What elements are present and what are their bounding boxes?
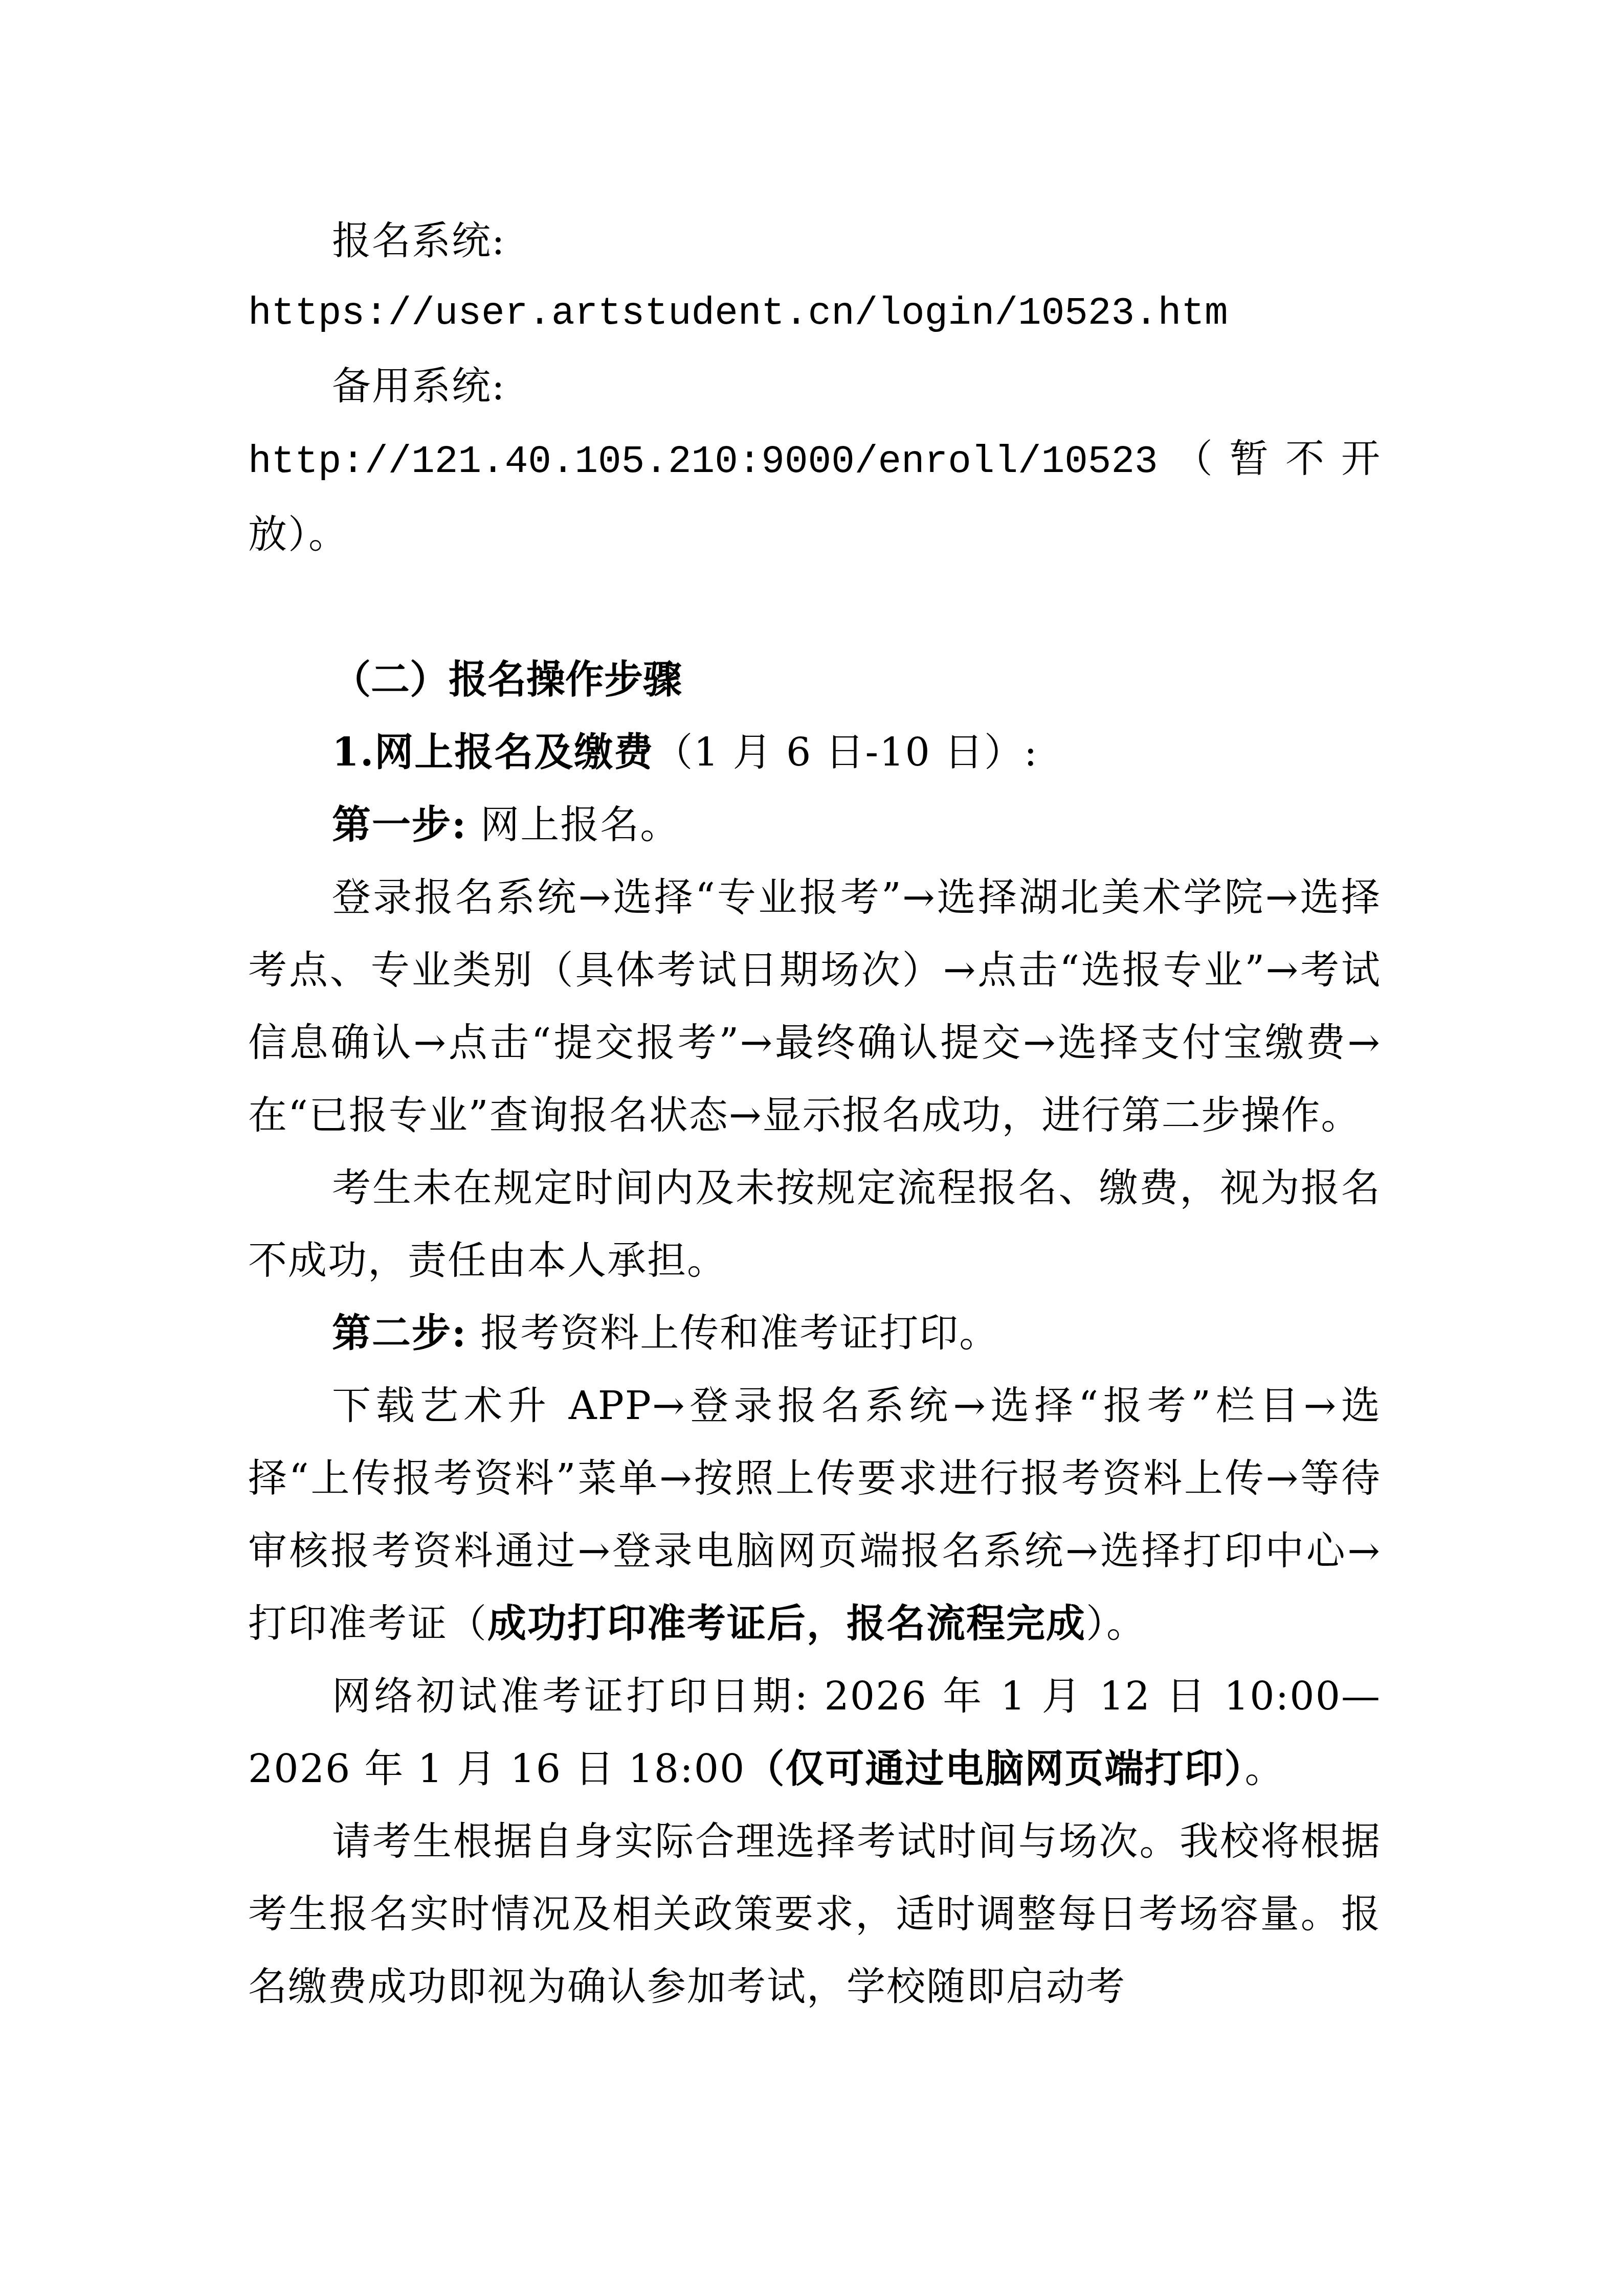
backup-system-line: http://121.40.105.210:9000/enroll/10523（… — [248, 422, 1381, 571]
step2-text: 报考资料上传和准考证打印。 — [480, 1310, 999, 1356]
subsection-heading: 1.网上报名及缴费（1 月 6 日-10 日）: — [248, 716, 1381, 789]
backup-system-url[interactable]: http://121.40.105.210:9000/enroll/10523 — [248, 440, 1158, 484]
spacer — [248, 571, 1381, 643]
document-page: 报名系统: https://user.artstudent.cn/login/1… — [248, 205, 1381, 2023]
step2-label: 第二步: — [332, 1310, 467, 1356]
step1-label: 第一步: — [332, 802, 467, 847]
section-title: （二）报名操作步骤 — [248, 643, 1381, 716]
print-dates: 网络初试准考证打印日期: 2026 年 1 月 12 日 10:00—2026 … — [248, 1660, 1381, 1805]
notice-paragraph: 请考生根据自身实际合理选择考试时间与场次。我校将根据考生报名实时情况及相关政策要… — [248, 1805, 1381, 2023]
step2-procedure: 下载艺术升 APP→登录报名系统→选择“报考”栏目→选择“上传报考资料”菜单→按… — [248, 1369, 1381, 1660]
subsection-title: 1.网上报名及缴费 — [332, 729, 654, 775]
backup-system-label: 备用系统: — [248, 350, 1381, 422]
registration-system-url[interactable]: https://user.artstudent.cn/login/10523.h… — [248, 277, 1381, 350]
step2-procedure-end: ）。 — [1086, 1601, 1146, 1646]
subsection-dates: （1 月 6 日-10 日）: — [654, 729, 1038, 775]
step1-text: 网上报名。 — [480, 802, 680, 847]
step1-warning: 考生未在规定时间内及未按规定流程报名、缴费，视为报名不成功，责任由本人承担。 — [248, 1152, 1381, 1297]
registration-system-label: 报名系统: — [248, 205, 1381, 277]
step1-procedure: 登录报名系统→选择“专业报考”→选择湖北美术学院→选择考点、专业类别（具体考试日… — [248, 861, 1381, 1152]
step2-heading: 第二步: 报考资料上传和准考证打印。 — [248, 1297, 1381, 1369]
step2-procedure-bold: 成功打印准考证后，报名流程完成 — [487, 1601, 1086, 1646]
print-dates-note: （仅可通过电脑网页端打印） — [745, 1746, 1244, 1791]
print-dates-end: 。 — [1244, 1746, 1284, 1791]
step1-heading: 第一步: 网上报名。 — [248, 789, 1381, 861]
